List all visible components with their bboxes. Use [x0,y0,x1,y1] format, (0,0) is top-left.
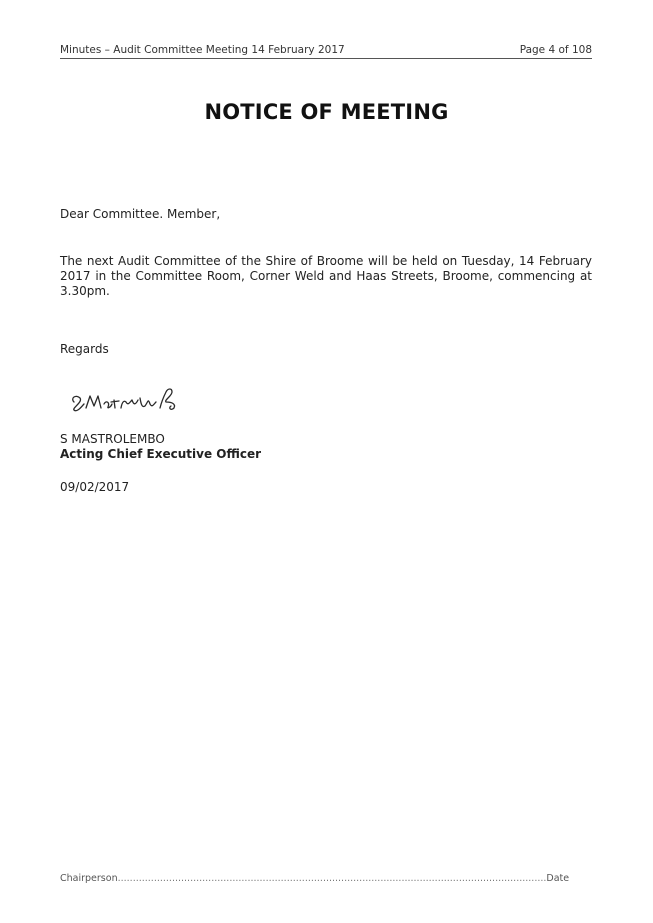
page-title: NOTICE OF MEETING [0,100,653,124]
header-page-number: Page 4 of 108 [520,44,592,56]
letter-date: 09/02/2017 [60,480,592,495]
closing: Regards [60,342,592,357]
signature-icon [68,380,208,420]
page-footer: Chairperson.............................… [60,873,570,884]
chairperson-signature-line: ........................................… [118,873,547,884]
date-label: Date [546,873,569,884]
signatory-position: Acting Chief Executive Officer [60,447,592,462]
signatory-name: S MASTROLEMBO [60,432,592,447]
page-header: Minutes – Audit Committee Meeting 14 Feb… [60,44,592,59]
salutation: Dear Committee. Member, [60,207,592,222]
date-signature-line: ....................................... [569,873,570,884]
chairperson-label: Chairperson [60,873,118,884]
meeting-notice-paragraph: The next Audit Committee of the Shire of… [60,254,592,299]
header-document-title: Minutes – Audit Committee Meeting 14 Feb… [60,44,345,56]
